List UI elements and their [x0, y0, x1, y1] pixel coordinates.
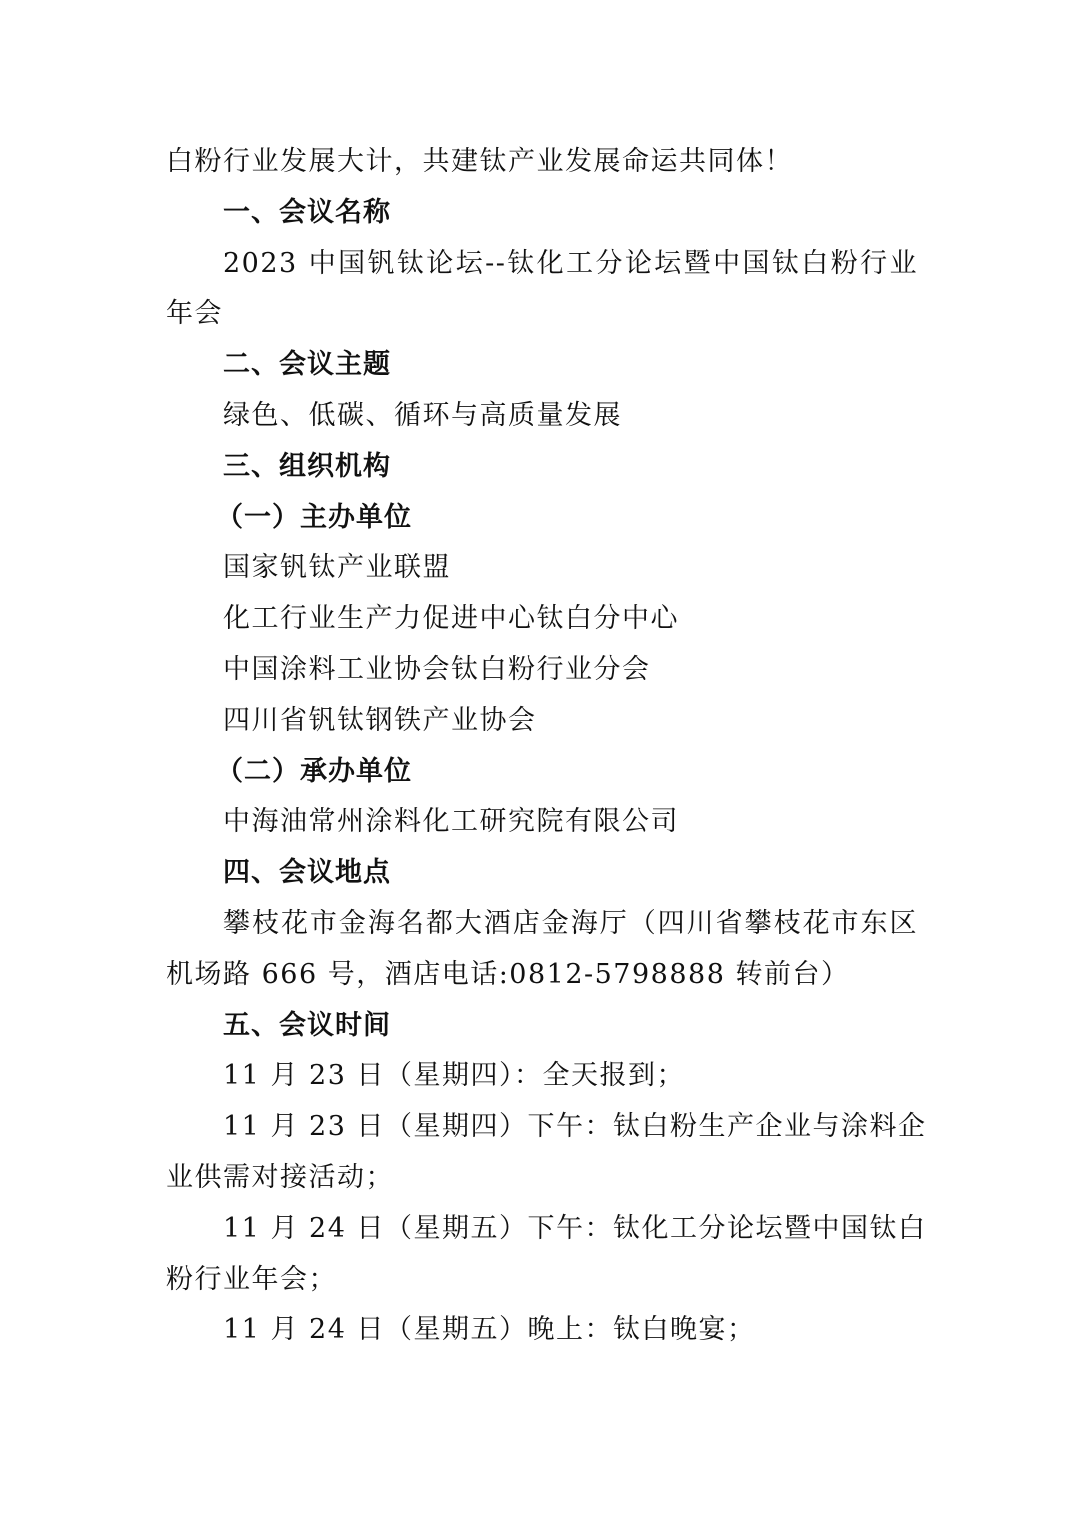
subheading-hosts: （一）主办单位: [166, 493, 918, 544]
section-heading-schedule: 五、会议时间: [166, 1001, 918, 1052]
host-item: 四川省钒钛钢铁产业协会: [166, 696, 918, 747]
schedule-item: 11 月 23 日（星期四）：全天报到；: [166, 1051, 918, 1102]
schedule-item-continuation: 业供需对接活动；: [166, 1153, 918, 1204]
schedule-item-continuation: 粉行业年会；: [166, 1255, 918, 1306]
section-heading-venue: 四、会议地点: [166, 848, 918, 899]
host-item: 化工行业生产力促进中心钛白分中心: [166, 594, 918, 645]
section-heading-meeting-name: 一、会议名称: [166, 188, 918, 239]
section-heading-organization: 三、组织机构: [166, 442, 918, 493]
subheading-organizers: （二）承办单位: [166, 747, 918, 798]
meeting-name-line-2: 年会: [166, 289, 918, 340]
meeting-theme-text: 绿色、低碳、循环与高质量发展: [166, 391, 918, 442]
schedule-item: 11 月 24 日（星期五）下午：钛化工分论坛暨中国钛白: [166, 1204, 918, 1255]
host-item: 国家钒钛产业联盟: [166, 543, 918, 594]
intro-paragraph-tail: 白粉行业发展大计，共建钛产业发展命运共同体！: [166, 137, 918, 188]
host-item: 中国涂料工业协会钛白粉行业分会: [166, 645, 918, 696]
venue-line-1: 攀枝花市金海名都大酒店金海厅（四川省攀枝花市东区: [166, 899, 918, 950]
venue-line-2: 机场路 666 号，酒店电话:0812-5798888 转前台）: [166, 950, 918, 1001]
meeting-name-line-1: 2023 中国钒钛论坛--钛化工分论坛暨中国钛白粉行业: [166, 239, 918, 290]
schedule-item: 11 月 23 日（星期四）下午：钛白粉生产企业与涂料企: [166, 1102, 918, 1153]
document-page: 白粉行业发展大计，共建钛产业发展命运共同体！ 一、会议名称 2023 中国钒钛论…: [166, 137, 918, 1356]
section-heading-meeting-theme: 二、会议主题: [166, 340, 918, 391]
organizer-item: 中海油常州涂料化工研究院有限公司: [166, 797, 918, 848]
schedule-item: 11 月 24 日（星期五）晚上：钛白晚宴；: [166, 1305, 918, 1356]
